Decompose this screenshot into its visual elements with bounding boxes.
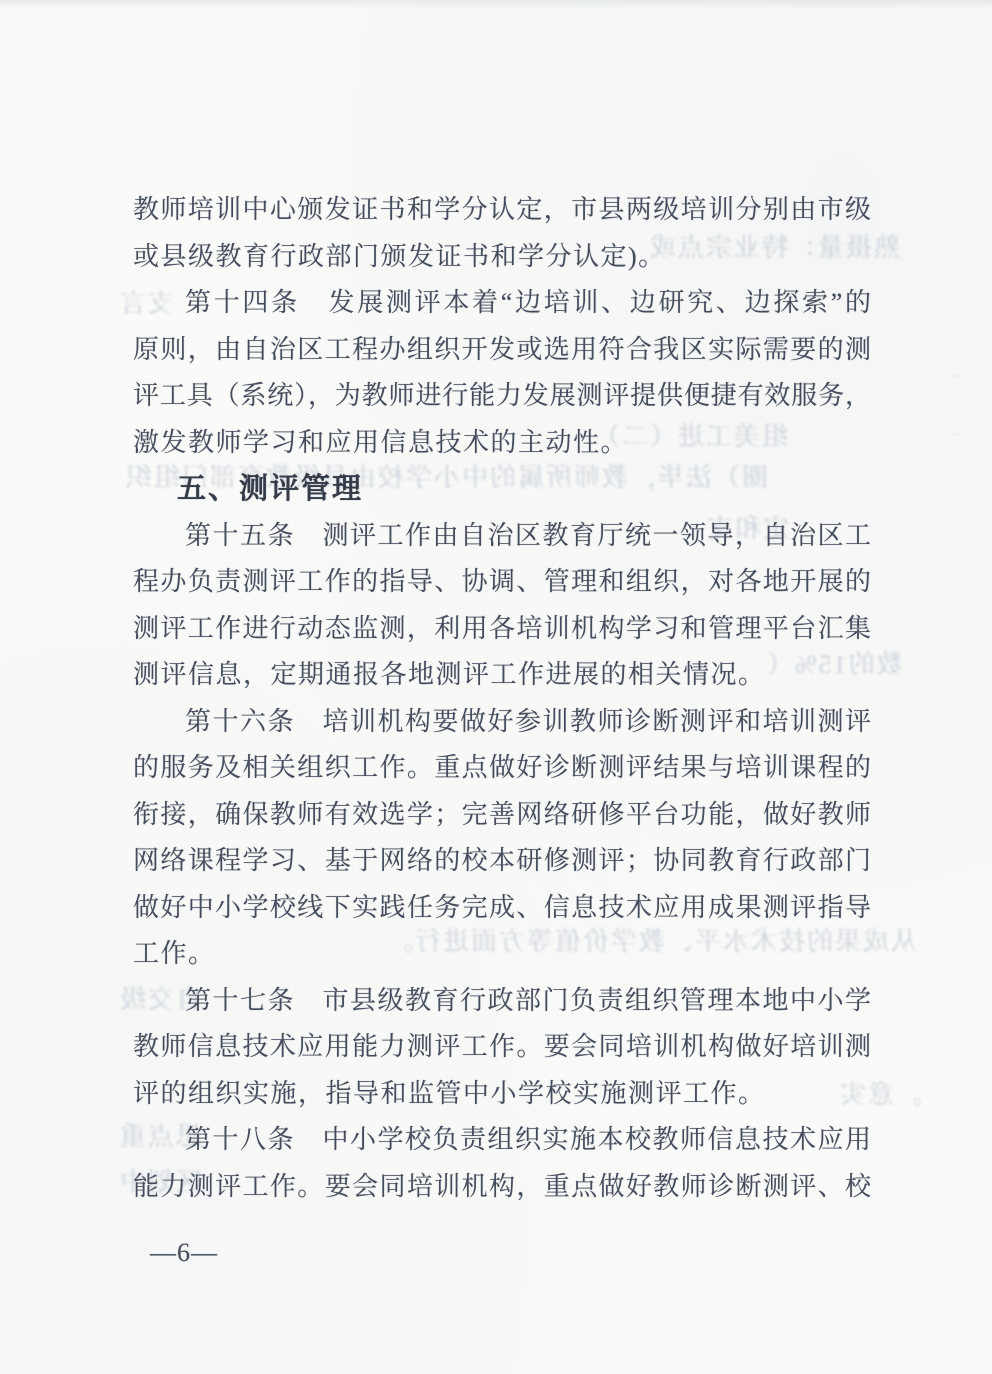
text-line: 网络课程学习、基于网络的校本研修测评；协同教育行政部门 [133, 838, 871, 885]
text-line: 评工具（系统），为教师进行能力发展测评提供便捷有效服务， [133, 373, 871, 420]
text-line: 评的组织实施，指导和监管中小学校实施测评工作。 [133, 1071, 871, 1118]
text-line: 教师信息技术应用能力测评工作。要会同培训机构做好培训测 [133, 1024, 871, 1071]
text-line: 第十四条 发展测评本着“边培训、边研究、边探索”的 [133, 280, 871, 327]
text-line: 第十八条 中小学校负责组织实施本校教师信息技术应用 [133, 1117, 871, 1164]
text-line: 或县级教育行政部门颁发证书和学分认定)。 [133, 234, 871, 281]
document-body: 教师培训中心颁发证书和学分认定，市县两级培训分别由市级或县级教育行政部门颁发证书… [133, 187, 871, 1210]
page-number: —6— [150, 1238, 218, 1268]
text-line: 能力测评工作。要会同培训机构，重点做好教师诊断测评、校 [133, 1164, 871, 1211]
bleedthrough-text: – [950, 358, 959, 392]
text-line: 测评工作进行动态监测，利用各培训机构学习和管理平台汇集 [133, 606, 871, 653]
text-line: 原则，由自治区工程办组织开发或选用符合我区实际需要的测 [133, 327, 871, 374]
text-line: 工作。 [133, 931, 871, 978]
text-line: 教师培训中心颁发证书和学分认定，市县两级培训分别由市级 [133, 187, 871, 234]
text-line: 衔接，确保教师有效选学；完善网络研修平台功能，做好教师 [133, 792, 871, 839]
text-line: 做好中小学校线下实践任务完成、信息技术应用成果测评指导 [133, 885, 871, 932]
scanned-document-page: 熟摄量：特业宗点或支言组美工进（二）圈）法毕，教师所属的中小学校由县级教育部门组… [0, 0, 992, 1374]
text-line: 第十五条 测评工作由自治区教育厅统一领导，自治区工 [133, 513, 871, 560]
text-line: 第十六条 培训机构要做好参训教师诊断测评和培训测评 [133, 699, 871, 746]
text-line: 的服务及相关组织工作。重点做好诊断测评结果与培训课程的 [133, 745, 871, 792]
text-line: 第十七条 市县级教育行政部门负责组织管理本地中小学 [133, 978, 871, 1025]
section-heading: 五、测评管理 [133, 466, 871, 513]
text-line: 程办负责测评工作的指导、协调、管理和组织，对各地开展的 [133, 559, 871, 606]
text-line: 激发教师学习和应用信息技术的主动性。 [133, 420, 871, 467]
bleedthrough-text: – [951, 416, 960, 450]
text-line: 测评信息，定期通报各地测评工作进展的相关情况。 [133, 652, 871, 699]
